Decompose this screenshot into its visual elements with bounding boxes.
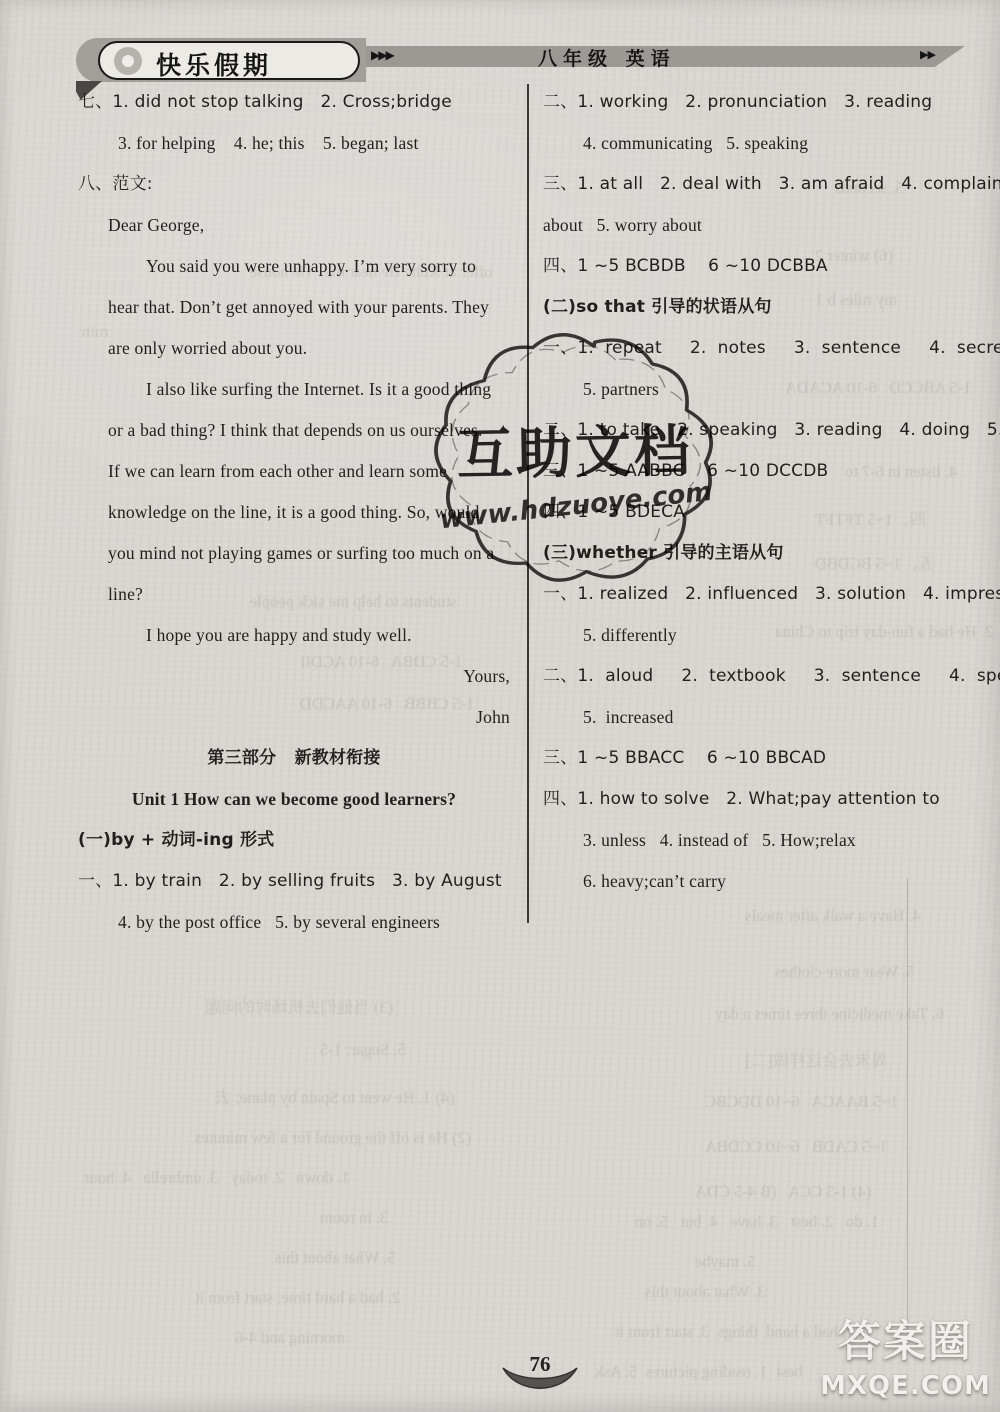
answer-line: 3. for helping 4. he; this 5. began; las… — [78, 123, 510, 164]
page-number-value: 76 — [495, 1352, 585, 1377]
answer-line: about 5. worry about — [543, 205, 975, 246]
subsection-heading: (二)so that 引导的状语从句 — [543, 287, 975, 328]
ghost-text: (3) 当他们去机场时的问题 — [205, 994, 393, 1018]
ghost-text: 五、1~5 BCDBD — [815, 550, 934, 574]
letter-line: or a bad thing? I think that depends on … — [108, 410, 510, 451]
ghost-text: 四、1~5 TFTFT — [815, 506, 926, 530]
ghost-text: 6. Take medicine three times a day — [715, 1004, 944, 1024]
part-heading: 第三部分 新教材衔接 — [78, 738, 510, 779]
unit-heading: Unit 1 How can we become good learners? — [78, 779, 510, 820]
brand-logo-pill: 快乐假期 — [98, 41, 360, 80]
letter-line: If we can learn from each other and lear… — [108, 451, 510, 492]
ghost-text: 1-5 ABCCD 6-10 ACADA — [785, 378, 972, 398]
ghost-text: 1. down 2. today 3. umbrella 4. hour — [84, 1168, 349, 1188]
ghost-text: students to help me sick people — [250, 592, 457, 612]
answer-line: 一、1. by train 2. by selling fruits 3. by… — [78, 861, 510, 902]
triple-arrow-icon: ▶▶▶ — [371, 48, 393, 62]
answer-line: 一、1. realized 2. influenced 3. solution … — [543, 574, 975, 615]
ghost-text: 1. do 2. best 3. have 4. but 5. on — [635, 1212, 879, 1232]
ghost-text: 1~5 BAACA 6~10 DDCBC — [705, 1092, 898, 1112]
ghost-text: 5. seconds — [835, 178, 904, 198]
letter-line: you mind not playing games or surfing to… — [108, 533, 510, 574]
answer-line: 二、1. aloud 2. textbook 3. sentence 4. sp… — [543, 656, 975, 697]
page-number: 76 — [495, 1352, 585, 1397]
answer-line: 5. increased — [543, 697, 975, 738]
ghost-text: 2. had a hard time; start from it — [195, 1288, 400, 1308]
answer-line: 4. by the post office 5. by several engi… — [78, 902, 510, 943]
ghost-text: best 1. reading pictures 5. Ask — [595, 1362, 803, 1382]
right-column: 二、1. working 2. pronunciation 3. reading… — [543, 82, 975, 902]
brand-name: 快乐假期 — [156, 46, 272, 82]
answer-line: 三、1. at all 2. deal with 3. am afraid 4.… — [543, 164, 975, 205]
ghost-text: ruin — [82, 322, 109, 342]
ghost-text: 1~5 CADB 6~10 CCDBA — [705, 1137, 887, 1157]
ghost-text: (4) 1-5 CCA (B 4-5 CDA — [695, 1182, 871, 1202]
letter-line: I hope you are happy and study well. — [108, 615, 510, 656]
site-watermark: 答案圈 MXQE.COM — [818, 1308, 993, 1401]
answer-line: 3. unless 4. instead of 5. How;relax — [543, 820, 975, 861]
site-watermark-url: MXQE.COM — [818, 1371, 993, 1401]
ghost-text: 3. in room — [320, 1208, 388, 1228]
answer-line: 二、1. to take 2. speaking 3. reading 4. d… — [543, 410, 975, 451]
ghost-text: (6) winter 2 — [815, 246, 893, 266]
letter-line: I also like surfing the Internet. Is it … — [108, 369, 510, 410]
double-arrow-icon: ▶▶ — [920, 48, 935, 61]
ghost-text: my rules b 1 — [815, 290, 897, 310]
ghost-text: 5. maybe — [695, 1252, 755, 1272]
section-label: 八、范文: — [78, 164, 510, 205]
answer-line: 一、1. repeat 2. notes 3. sentence 4. secr… — [543, 328, 975, 369]
answer-line: 四、1. how to solve 2. What;pay attention … — [543, 779, 975, 820]
answer-line: 七、1. did not stop talking 2. Cross;bridg… — [78, 82, 510, 123]
left-column: 七、1. did not stop talking 2. Cross;bridg… — [78, 82, 510, 943]
ghost-text: morning and 4-6 — [235, 1328, 345, 1348]
answer-line: 三、1 ~5 BBACC 6 ~10 BBCAD — [543, 738, 975, 779]
ghost-text: 3. What about this — [645, 1282, 766, 1302]
ghost-text: 周末去会这样做[二] — [745, 1047, 888, 1071]
ghost-text: 5. Wear more clothes — [775, 962, 915, 982]
bleed-through-line — [907, 878, 908, 1340]
site-watermark-brand: 答案圈 — [818, 1308, 993, 1369]
ghost-text: 5. Sugar; 1-5 — [320, 1040, 406, 1060]
ghost-text: (2) He is off the ground for a few minut… — [195, 1128, 471, 1148]
subsection-heading: (一)by + 动词-ing 形式 — [78, 820, 510, 861]
ghost-text: 2. He had a fun-day trip to China — [775, 622, 993, 642]
answer-line: 4. communicating 5. speaking — [543, 123, 975, 164]
letter-line: are only worried about you. — [108, 328, 510, 369]
letter-line: Dear George, — [108, 205, 510, 246]
ghost-text: offer at Xuhe He near me / He house — [250, 262, 493, 282]
ghost-text: 1-5 CDBA 6-10 ACDII — [300, 652, 463, 672]
answer-line: 二、1. working 2. pronunciation 3. reading — [543, 82, 975, 123]
ghost-text: 5. What about this — [275, 1248, 396, 1268]
ghost-text: (4) 1. He went to Spain by plane; 去 — [215, 1084, 455, 1108]
ghost-text: 4. Have a walk after meals — [745, 906, 921, 926]
header-title: 八年级 英语 — [538, 44, 676, 71]
ring-icon — [114, 47, 142, 75]
scanned-workbook-page: 快乐假期 ▶▶▶ 八年级 英语 ▶▶ 七、1. did not stop tal… — [0, 0, 1000, 1412]
ghost-text: 4. listen in 6-7 to — [845, 462, 957, 482]
answer-line: 6. heavy;can’t carry — [543, 861, 975, 902]
letter-line: hear that. Don’t get annoyed with your p… — [108, 287, 510, 328]
column-divider — [527, 84, 529, 923]
ghost-text: 1-5 CBBB 6-10 AACDD — [300, 694, 475, 714]
letter-line: knowledge on the line, it is a good thin… — [108, 492, 510, 533]
answer-line: 四、1 ~5 BCBDB 6 ~10 DCBBA — [543, 246, 975, 287]
